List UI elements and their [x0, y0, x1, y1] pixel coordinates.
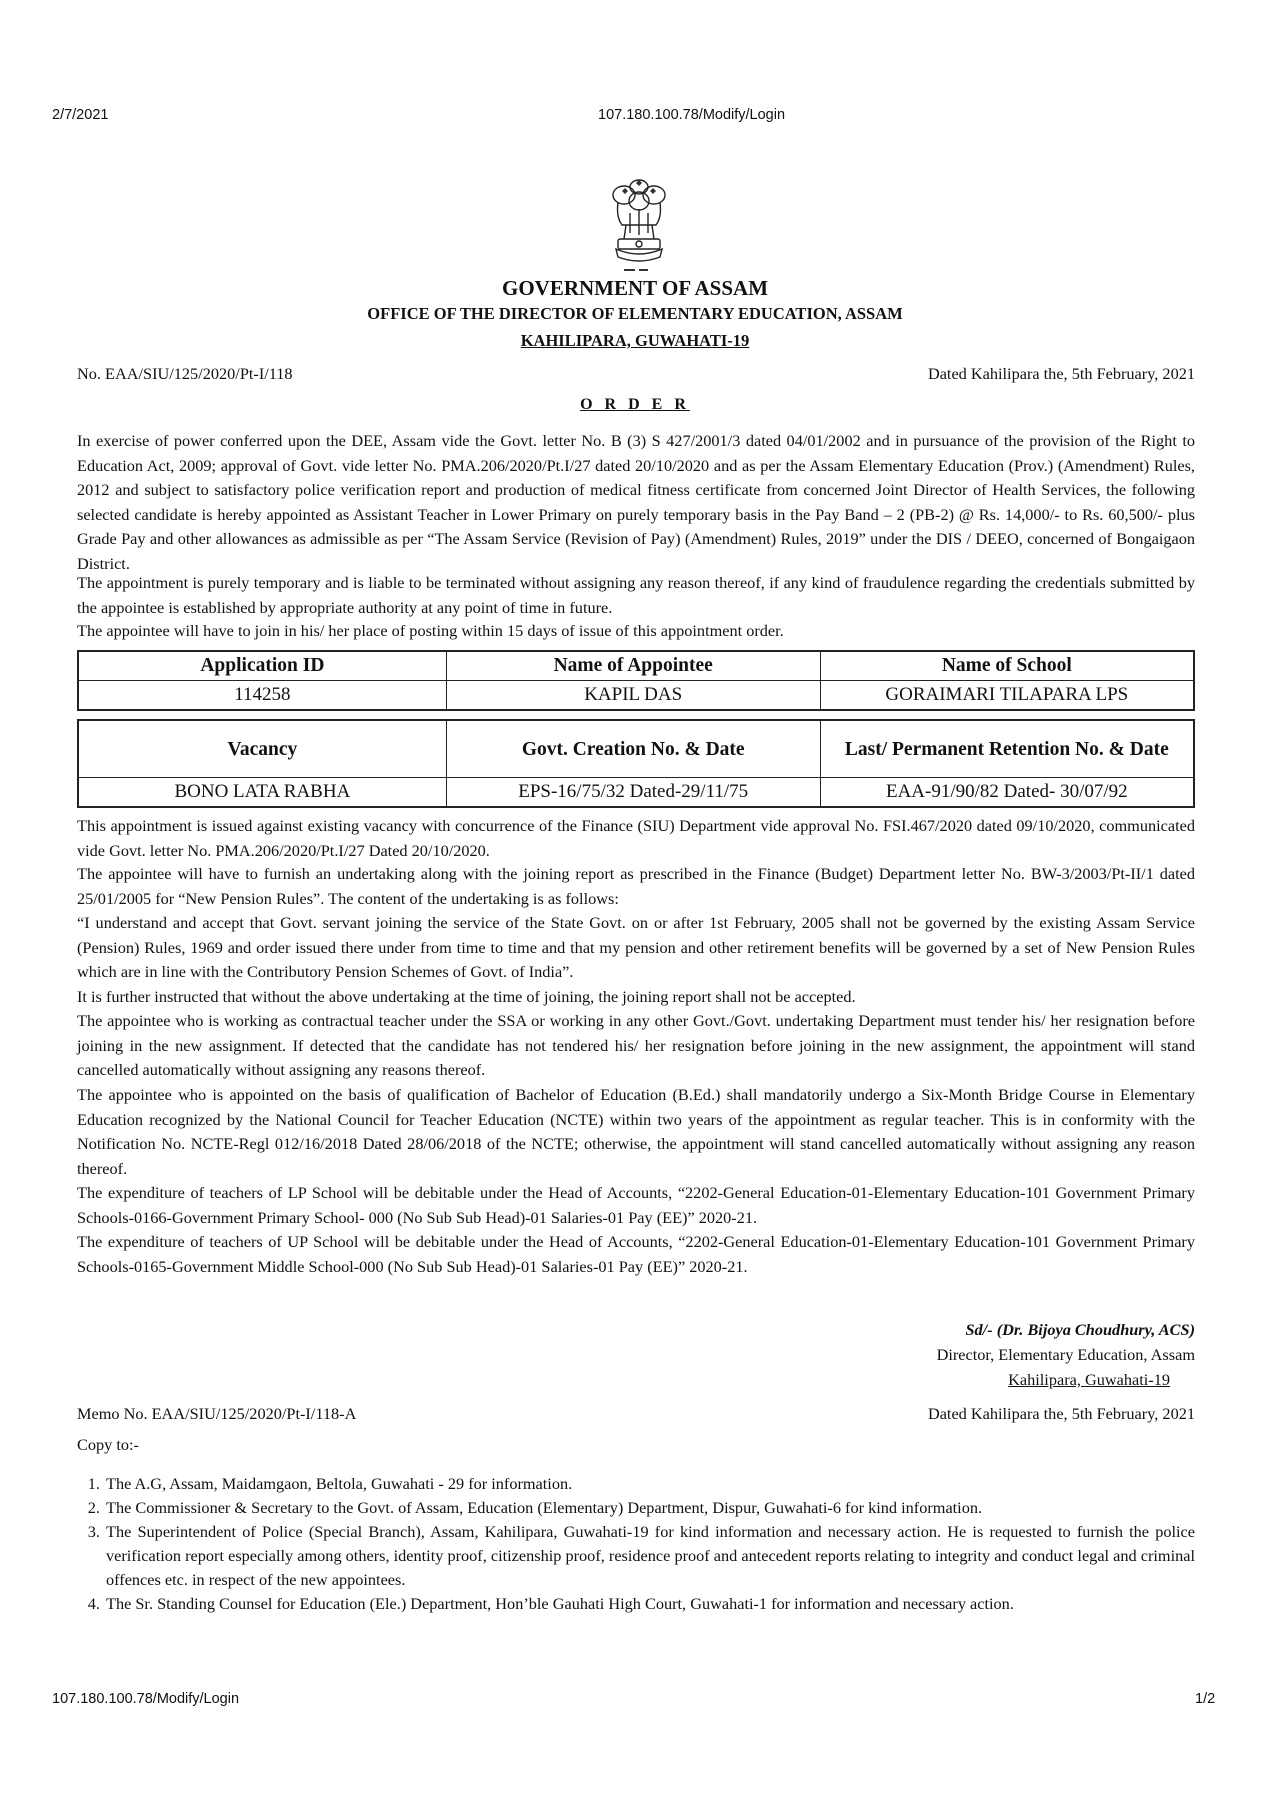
- paragraph-joining: The appointee will have to join in his/ …: [77, 619, 1195, 644]
- print-url: 107.180.100.78/Modify/Login: [598, 107, 785, 123]
- copy-to-list: The A.G, Assam, Maidamgaon, Beltola, Guw…: [77, 1472, 1195, 1616]
- header-appointee-name: Name of Appointee: [446, 651, 820, 681]
- cell-retention-no: EAA-91/90/82 Dated- 30/07/92: [820, 778, 1194, 808]
- paragraph-bridge-course: The appointee who is appointed on the ba…: [77, 1083, 1195, 1181]
- table-header-row: Vacancy Govt. Creation No. & Date Last/ …: [78, 720, 1194, 778]
- signatory-name: Sd/- (Dr. Bijoya Choudhury, ACS): [965, 1320, 1195, 1340]
- office-title: OFFICE OF THE DIRECTOR OF ELEMENTARY EDU…: [0, 304, 1270, 324]
- paragraph-undertaking: The appointee will have to furnish an un…: [77, 862, 1195, 911]
- national-emblem-icon: [604, 173, 674, 275]
- header-vacancy: Vacancy: [78, 720, 446, 778]
- paragraph-finance-concurrence: This appointment is issued against exist…: [77, 814, 1195, 863]
- appointee-table: Application ID Name of Appointee Name of…: [77, 650, 1195, 711]
- list-item: The Superintendent of Police (Special Br…: [104, 1520, 1195, 1592]
- memo-date: Dated Kahilipara the, 5th February, 2021: [928, 1404, 1195, 1424]
- table-row: 114258 KAPIL DAS GORAIMARI TILAPARA LPS: [78, 681, 1194, 711]
- office-address: KAHILIPARA, GUWAHATI-19: [0, 331, 1270, 351]
- government-title: GOVERNMENT OF ASSAM: [0, 276, 1270, 301]
- paragraph-authority: In exercise of power conferred upon the …: [77, 429, 1195, 577]
- reference-date: Dated Kahilipara the, 5th February, 2021: [928, 364, 1195, 384]
- signatory-address: Kahilipara, Guwahati-19: [1008, 1370, 1170, 1390]
- memo-number: Memo No. EAA/SIU/125/2020/Pt-I/118-A: [77, 1404, 356, 1424]
- footer-url: 107.180.100.78/Modify/Login: [52, 1691, 239, 1707]
- paragraph-undertaking-required: It is further instructed that without th…: [77, 985, 1195, 1010]
- cell-creation-no: EPS-16/75/32 Dated-29/11/75: [446, 778, 820, 808]
- cell-appointee-name: KAPIL DAS: [446, 681, 820, 711]
- page-number: 1/2: [1195, 1691, 1215, 1707]
- cell-application-id: 114258: [78, 681, 446, 711]
- paragraph-up-expenditure: The expenditure of teachers of UP School…: [77, 1230, 1195, 1279]
- order-title: O R D E R: [0, 396, 1270, 414]
- paragraph-lp-expenditure: The expenditure of teachers of LP School…: [77, 1181, 1195, 1230]
- paragraph-resignation: The appointee who is working as contract…: [77, 1009, 1195, 1083]
- list-item: The Commissioner & Secretary to the Govt…: [104, 1496, 1195, 1520]
- header-application-id: Application ID: [78, 651, 446, 681]
- vacancy-table: Vacancy Govt. Creation No. & Date Last/ …: [77, 719, 1195, 808]
- header-creation-no: Govt. Creation No. & Date: [446, 720, 820, 778]
- table-row: BONO LATA RABHA EPS-16/75/32 Dated-29/11…: [78, 778, 1194, 808]
- cell-vacancy: BONO LATA RABHA: [78, 778, 446, 808]
- table-header-row: Application ID Name of Appointee Name of…: [78, 651, 1194, 681]
- signatory-title: Director, Elementary Education, Assam: [937, 1345, 1195, 1365]
- copy-to-label: Copy to:-: [77, 1435, 139, 1455]
- paragraph-pension-quote: “I understand and accept that Govt. serv…: [77, 911, 1195, 985]
- list-item: The Sr. Standing Counsel for Education (…: [104, 1592, 1195, 1616]
- header-retention-no: Last/ Permanent Retention No. & Date: [820, 720, 1194, 778]
- cell-school-name: GORAIMARI TILAPARA LPS: [820, 681, 1194, 711]
- paragraph-temporary: The appointment is purely temporary and …: [77, 571, 1195, 620]
- reference-number: No. EAA/SIU/125/2020/Pt-I/118: [77, 364, 293, 384]
- header-school-name: Name of School: [820, 651, 1194, 681]
- list-item: The A.G, Assam, Maidamgaon, Beltola, Guw…: [104, 1472, 1195, 1496]
- print-date: 2/7/2021: [52, 107, 108, 123]
